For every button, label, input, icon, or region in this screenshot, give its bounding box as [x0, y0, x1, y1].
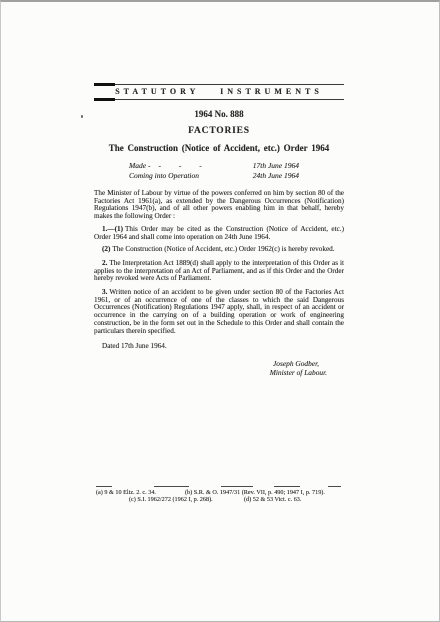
series-title: STATUTORY INSTRUMENTS: [94, 85, 344, 99]
document-page: STATUTORY INSTRUMENTS 1964 No. 888 FACTO…: [0, 0, 440, 622]
instrument-number: 1964 No. 888: [94, 109, 344, 119]
operation-date: 24th June 1964: [253, 171, 299, 181]
intro-paragraph: The Minister of Labour by virtue of the …: [94, 190, 344, 221]
paragraph-3: 3.Written notice of an accident to be gi…: [94, 289, 344, 335]
footnote-b: (b) S.R. & O. 1947/31 (Rev. VII, p. 490;…: [185, 489, 325, 496]
footnote-d: (d) 52 & 53 Vict. c. 63.: [244, 496, 301, 503]
paragraph-text: The Construction (Notice of Accident, et…: [112, 245, 334, 253]
made-date: 17th June 1964: [253, 161, 299, 171]
paragraph-text: This Order may be cited as the Construct…: [94, 225, 344, 241]
dated-line: Dated 17th June 1964.: [94, 343, 344, 351]
document-body: The Minister of Labour by virtue of the …: [94, 190, 344, 351]
signatory-name: Joseph Godber,: [94, 359, 344, 368]
paragraph-2: 2.The Interpretation Act 1889(d) shall a…: [94, 260, 344, 283]
order-title: The Construction (Notice of Accident, et…: [94, 143, 344, 153]
signatory-role: Minister of Labour.: [94, 368, 344, 377]
paragraph-text: The Interpretation Act 1889(d) shall app…: [94, 259, 344, 282]
footnote-rule-segment: [221, 486, 253, 487]
series-rule-top: [94, 84, 344, 85]
footnotes-block: (a) 9 & 10 Eliz. 2. c. 34. (b) S.R. & O.…: [1, 483, 440, 509]
paragraph-1-2: (2)The Construction (Notice of Accident,…: [94, 246, 344, 254]
signature-block: Joseph Godber, Minister of Labour.: [94, 359, 344, 377]
footnote-a: (a) 9 & 10 Eliz. 2. c. 34.: [96, 489, 156, 496]
operation-label: Coming into Operation: [129, 171, 199, 181]
rule-ink-blob: [94, 83, 115, 86]
series-rule-bottom: [94, 99, 344, 100]
dates-block: Made - - - - 17th June 1964 Coming into …: [129, 161, 299, 181]
operation-row: Coming into Operation 24th June 1964: [129, 171, 299, 181]
footnote-c: (c) S.I. 1962/272 (1962 I, p. 268).: [129, 496, 213, 503]
rule-ink-blob: [94, 98, 115, 101]
made-leader: - - -: [150, 161, 252, 171]
made-row: Made - - - - 17th June 1964: [129, 161, 299, 171]
footnote-rule-segment: [154, 486, 189, 487]
document-column: STATUTORY INSTRUMENTS 1964 No. 888 FACTO…: [94, 84, 344, 377]
footnote-rule-segment: [328, 486, 341, 487]
series-header: STATUTORY INSTRUMENTS: [94, 84, 344, 100]
paragraph-number: (2): [102, 245, 112, 253]
ink-speck: [81, 115, 83, 118]
subject-heading: FACTORIES: [94, 126, 344, 136]
footnote-rule-segment: [96, 486, 112, 487]
paragraph-text: Written notice of an accident to be give…: [94, 288, 344, 335]
footnote-rule-segment: [274, 486, 300, 487]
paragraph-1-1: 1.—(1)This Order may be cited as the Con…: [94, 226, 344, 241]
made-label: Made -: [129, 161, 150, 171]
